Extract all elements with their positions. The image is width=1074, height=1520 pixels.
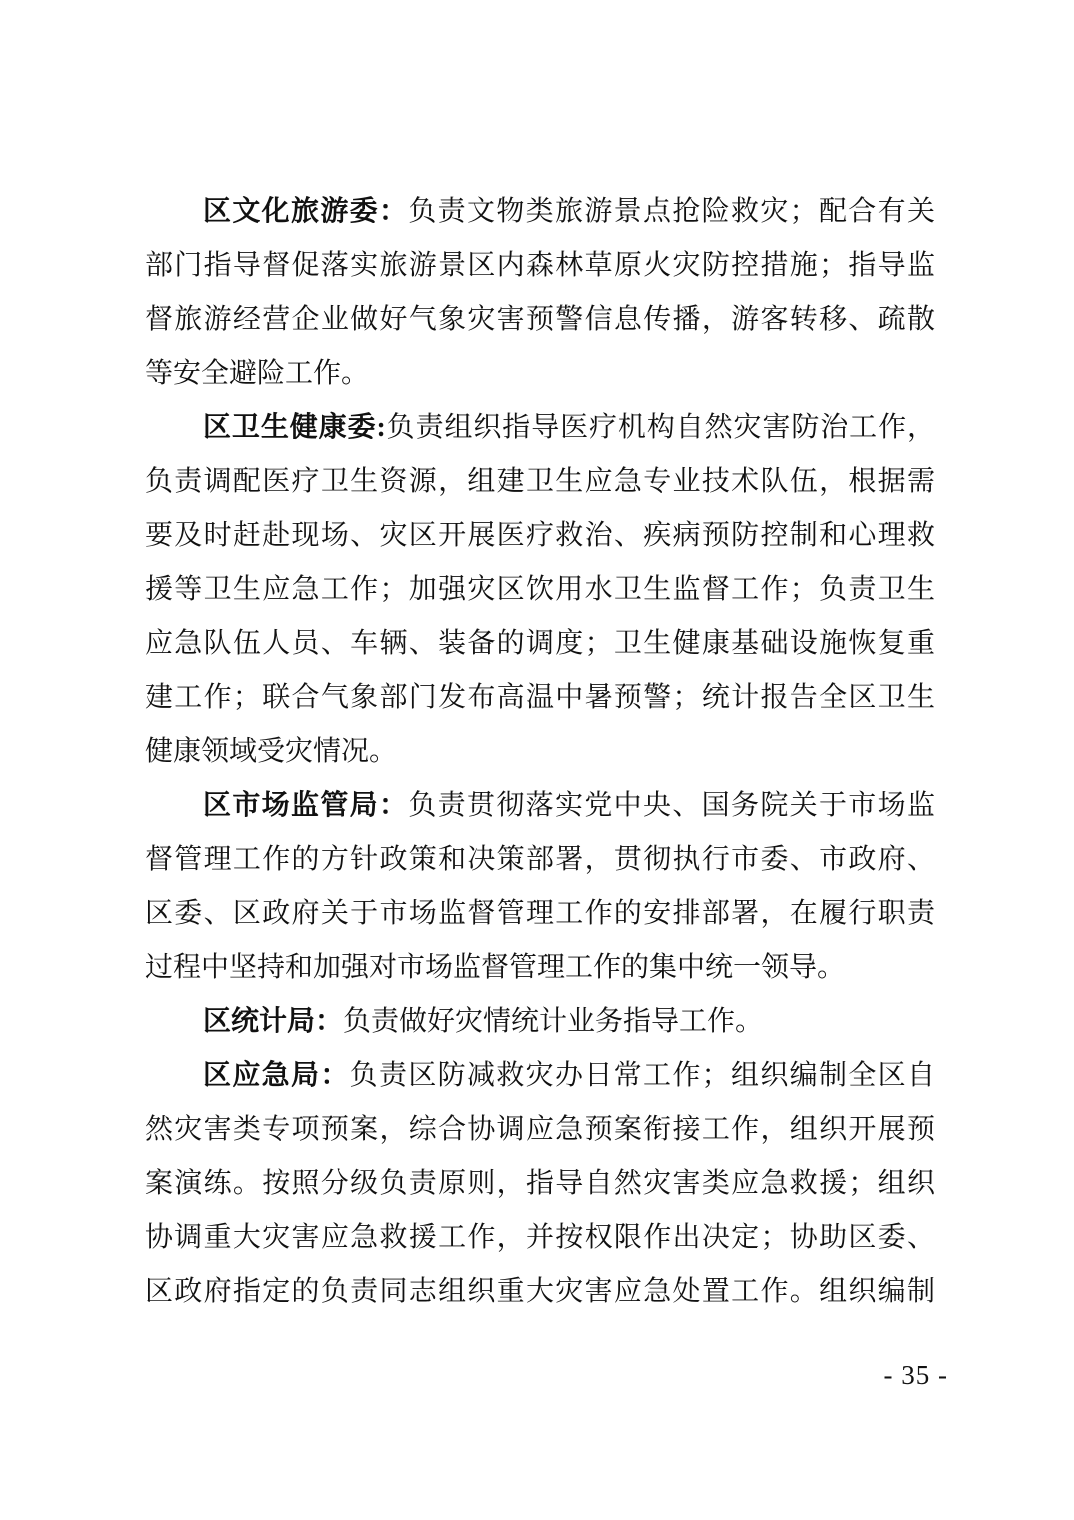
- text-line: 负责调配医疗卫生资源，组建卫生应急专业技术队伍，根据需: [145, 455, 935, 509]
- paragraph-text: 负责文物类旅游景点抢险救灾；配合有关: [408, 196, 935, 227]
- text-line: 然灾害类专项预案，综合协调应急预案衔接工作，组织开展预: [145, 1103, 935, 1157]
- department-name: 区文化旅游委：: [203, 196, 408, 227]
- text-line: 建工作；联合气象部门发布高温中暑预警；统计报告全区卫生: [145, 671, 935, 725]
- text-line: 等安全避险工作。: [145, 347, 935, 401]
- text-line: 协调重大灾害应急救援工作，并按权限作出决定；协助区委、: [145, 1211, 935, 1265]
- text-line: 区政府指定的负责同志组织重大灾害应急处置工作。组织编制: [145, 1265, 935, 1319]
- paragraph-first-line: 区应急局：负责区防减救灾办日常工作；组织编制全区自: [145, 1049, 935, 1103]
- department-name: 区应急局：: [203, 1060, 350, 1091]
- paragraph-first-line: 区市场监管局：负责贯彻落实党中央、国务院关于市场监: [145, 779, 935, 833]
- page-number: - 35 -: [884, 1358, 948, 1392]
- text-line: 要及时赶赴现场、灾区开展医疗救治、疾病预防控制和心理救: [145, 509, 935, 563]
- department-name: 区统计局：: [203, 1006, 343, 1037]
- text-line: 援等卫生应急工作；加强灾区饮用水卫生监督工作；负责卫生: [145, 563, 935, 617]
- paragraph-first-line: 区文化旅游委：负责文物类旅游景点抢险救灾；配合有关: [145, 185, 935, 239]
- text-line: 区委、区政府关于市场监督管理工作的安排部署，在履行职责: [145, 887, 935, 941]
- document-body: 区文化旅游委：负责文物类旅游景点抢险救灾；配合有关部门指导督促落实旅游景区内森林…: [145, 185, 935, 1319]
- paragraph-first-line: 区统计局：负责做好灾情统计业务指导工作。: [145, 995, 935, 1049]
- paragraph-text: 负责做好灾情统计业务指导工作。: [343, 1006, 763, 1037]
- department-name: 区市场监管局：: [203, 790, 408, 821]
- text-line: 部门指导督促落实旅游景区内森林草原火灾防控措施；指导监: [145, 239, 935, 293]
- paragraph-text: 负责组织指导医疗机构自然灾害防治工作，: [386, 412, 935, 443]
- document-page: 区文化旅游委：负责文物类旅游景点抢险救灾；配合有关部门指导督促落实旅游景区内森林…: [0, 0, 1074, 1520]
- text-line: 督旅游经营企业做好气象灾害预警信息传播，游客转移、疏散: [145, 293, 935, 347]
- paragraph-first-line: 区卫生健康委:负责组织指导医疗机构自然灾害防治工作，: [145, 401, 935, 455]
- text-line: 督管理工作的方针政策和决策部署，贯彻执行市委、市政府、: [145, 833, 935, 887]
- paragraph-text: 负责贯彻落实党中央、国务院关于市场监: [408, 790, 935, 821]
- text-line: 应急队伍人员、车辆、装备的调度；卫生健康基础设施恢复重: [145, 617, 935, 671]
- text-line: 案演练。按照分级负责原则，指导自然灾害类应急救援；组织: [145, 1157, 935, 1211]
- paragraph-text: 负责区防减救灾办日常工作；组织编制全区自: [350, 1060, 935, 1091]
- text-line: 过程中坚持和加强对市场监督管理工作的集中统一领导。: [145, 941, 935, 995]
- department-name: 区卫生健康委:: [203, 412, 386, 443]
- text-line: 健康领域受灾情况。: [145, 725, 935, 779]
